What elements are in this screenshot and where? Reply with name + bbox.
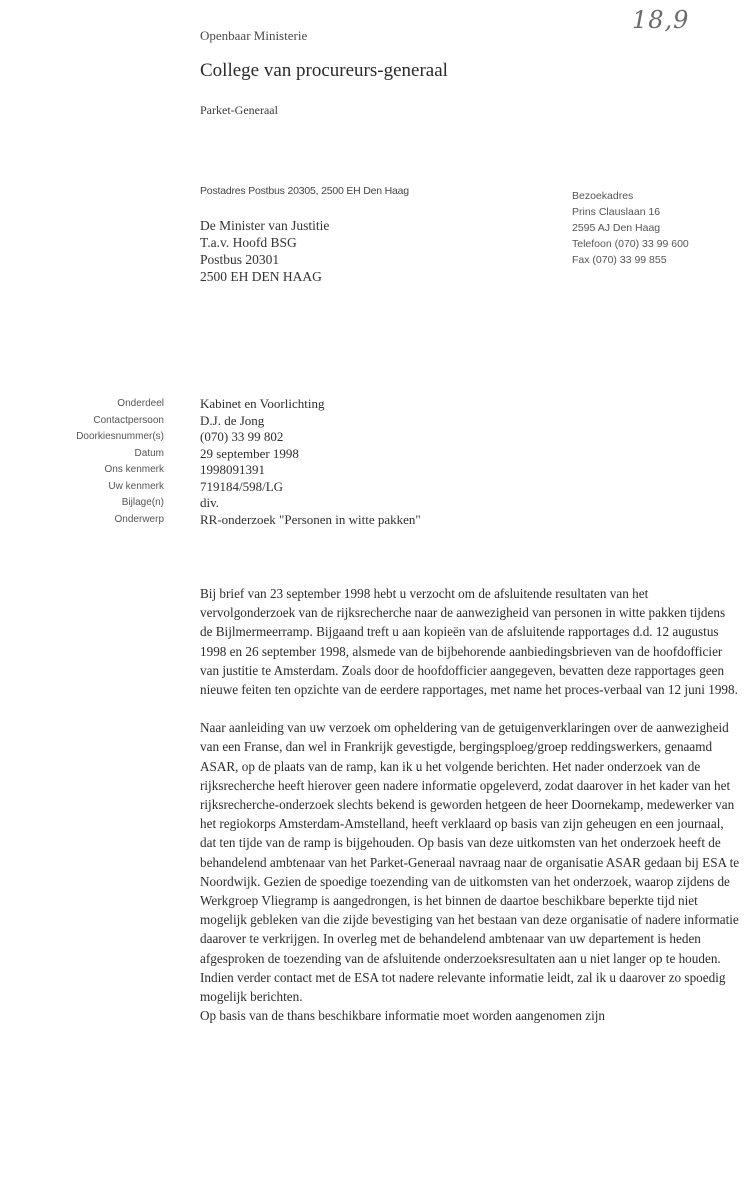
meta-value-your-reference: 719184/598/LG xyxy=(200,479,400,496)
meta-value-date: 29 september 1998 xyxy=(200,446,400,463)
meta-label-date: Datum xyxy=(40,446,164,463)
body-paragraph: Op basis van de thans beschikbare inform… xyxy=(200,1006,740,1025)
body-paragraph: Naar aanleiding van uw verzoek om opheld… xyxy=(200,718,740,1006)
letter-body: Bij brief van 23 september 1998 hebt u v… xyxy=(200,584,740,1025)
letterhead-title: College van procureurs-generaal xyxy=(200,60,448,82)
visiting-address-line: Telefoon (070) 33 99 600 xyxy=(572,236,689,252)
visiting-address: Bezoekadres Prins Clauslaan 16 2595 AJ D… xyxy=(572,188,689,268)
meta-label-our-reference: Ons kenmerk xyxy=(40,462,164,479)
visiting-address-line: Bezoekadres xyxy=(572,188,689,204)
meta-label-subject: Onderwerp xyxy=(40,512,164,529)
meta-value-our-reference: 1998091391 xyxy=(200,462,400,479)
recipient-line: De Minister van Justitie xyxy=(200,217,329,234)
postal-address: Postadres Postbus 20305, 2500 EH Den Haa… xyxy=(200,185,409,197)
meta-value-subject: RR-onderzoek "Personen in witte pakken" xyxy=(200,512,400,529)
meta-value-attachments: div. xyxy=(200,495,400,512)
handwritten-page-number: 18,9 xyxy=(632,6,689,34)
recipient-address: De Minister van Justitie T.a.v. Hoofd BS… xyxy=(200,217,329,285)
body-paragraph: Bij brief van 23 september 1998 hebt u v… xyxy=(200,584,740,699)
visiting-address-line: Fax (070) 33 99 855 xyxy=(572,252,689,268)
meta-label-department: Onderdeel xyxy=(40,396,164,413)
meta-value-contact: D.J. de Jong xyxy=(200,413,400,430)
recipient-line: T.a.v. Hoofd BSG xyxy=(200,234,329,251)
meta-label-your-reference: Uw kenmerk xyxy=(40,479,164,496)
visiting-address-line: Prins Clauslaan 16 xyxy=(572,204,689,220)
organization-name: Openbaar Ministerie xyxy=(200,28,307,44)
visiting-address-line: 2595 AJ Den Haag xyxy=(572,220,689,236)
meta-label-contact: Contactpersoon xyxy=(40,413,164,430)
letter-metadata: Onderdeel Kabinet en Voorlichting Contac… xyxy=(40,396,400,528)
meta-value-department: Kabinet en Voorlichting xyxy=(200,396,400,413)
meta-label-attachments: Bijlage(n) xyxy=(40,495,164,512)
recipient-line: 2500 EH DEN HAAG xyxy=(200,268,329,285)
recipient-line: Postbus 20301 xyxy=(200,251,329,268)
meta-value-phone: (070) 33 99 802 xyxy=(200,429,400,446)
department-name: Parket-Generaal xyxy=(200,103,278,118)
meta-label-phone: Doorkiesnummer(s) xyxy=(40,429,164,446)
